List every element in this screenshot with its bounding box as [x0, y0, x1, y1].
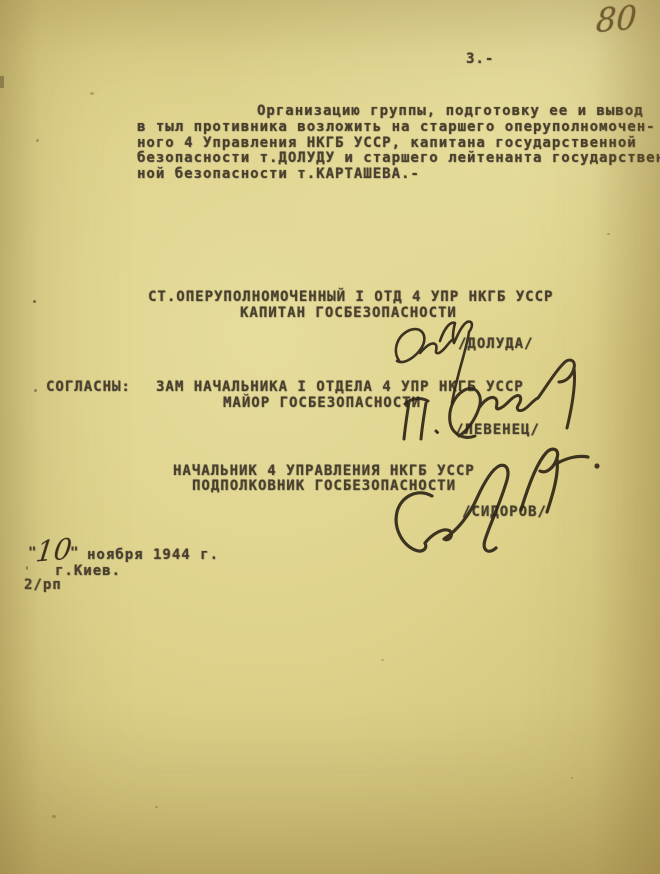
archival-corner-number: 80 — [595, 0, 638, 40]
date-month-year: ноября 1944 г. — [87, 548, 219, 564]
paper-speck — [607, 233, 610, 235]
paper-speck — [90, 92, 94, 95]
city-line: г.Киев. — [55, 564, 121, 580]
paper-speck — [36, 139, 39, 142]
paper-speck — [26, 566, 28, 570]
levenets-signature — [395, 352, 585, 444]
date-quote-close: " — [70, 546, 79, 562]
paper-speck — [33, 300, 36, 303]
paragraph-line: ной безопасности т.КАРТАШЕВА.- — [137, 167, 660, 183]
paragraph-line: безопасности т.ДОЛУДУ и старшего лейтена… — [137, 151, 660, 167]
paper-speck — [0, 76, 4, 88]
body-paragraph: Организацию группы, подготовку ее и выво… — [137, 104, 660, 183]
reference-code: 2/рп — [24, 578, 62, 594]
page-number: 3.- — [466, 52, 494, 68]
paper-speck — [571, 777, 573, 779]
agreement-label: СОГЛАСНЫ: — [46, 380, 131, 396]
paper-speck — [381, 659, 384, 661]
paper-speck — [155, 806, 158, 808]
paragraph-line: Организацию группы, подготовку ее и выво… — [257, 104, 660, 120]
sidorov-signature — [388, 442, 606, 557]
scanned-document-page: 80 3.- Организацию группы, подготовку ее… — [0, 0, 660, 874]
paragraph-line: в тыл противника возложить на старшего о… — [137, 120, 660, 136]
paper-speck — [52, 815, 56, 818]
paper-speck — [34, 389, 37, 392]
signoff1-role-line1: СТ.ОПЕРУПОЛНОМОЧЕННЫЙ I ОТД 4 УПР НКГБ У… — [148, 290, 553, 306]
